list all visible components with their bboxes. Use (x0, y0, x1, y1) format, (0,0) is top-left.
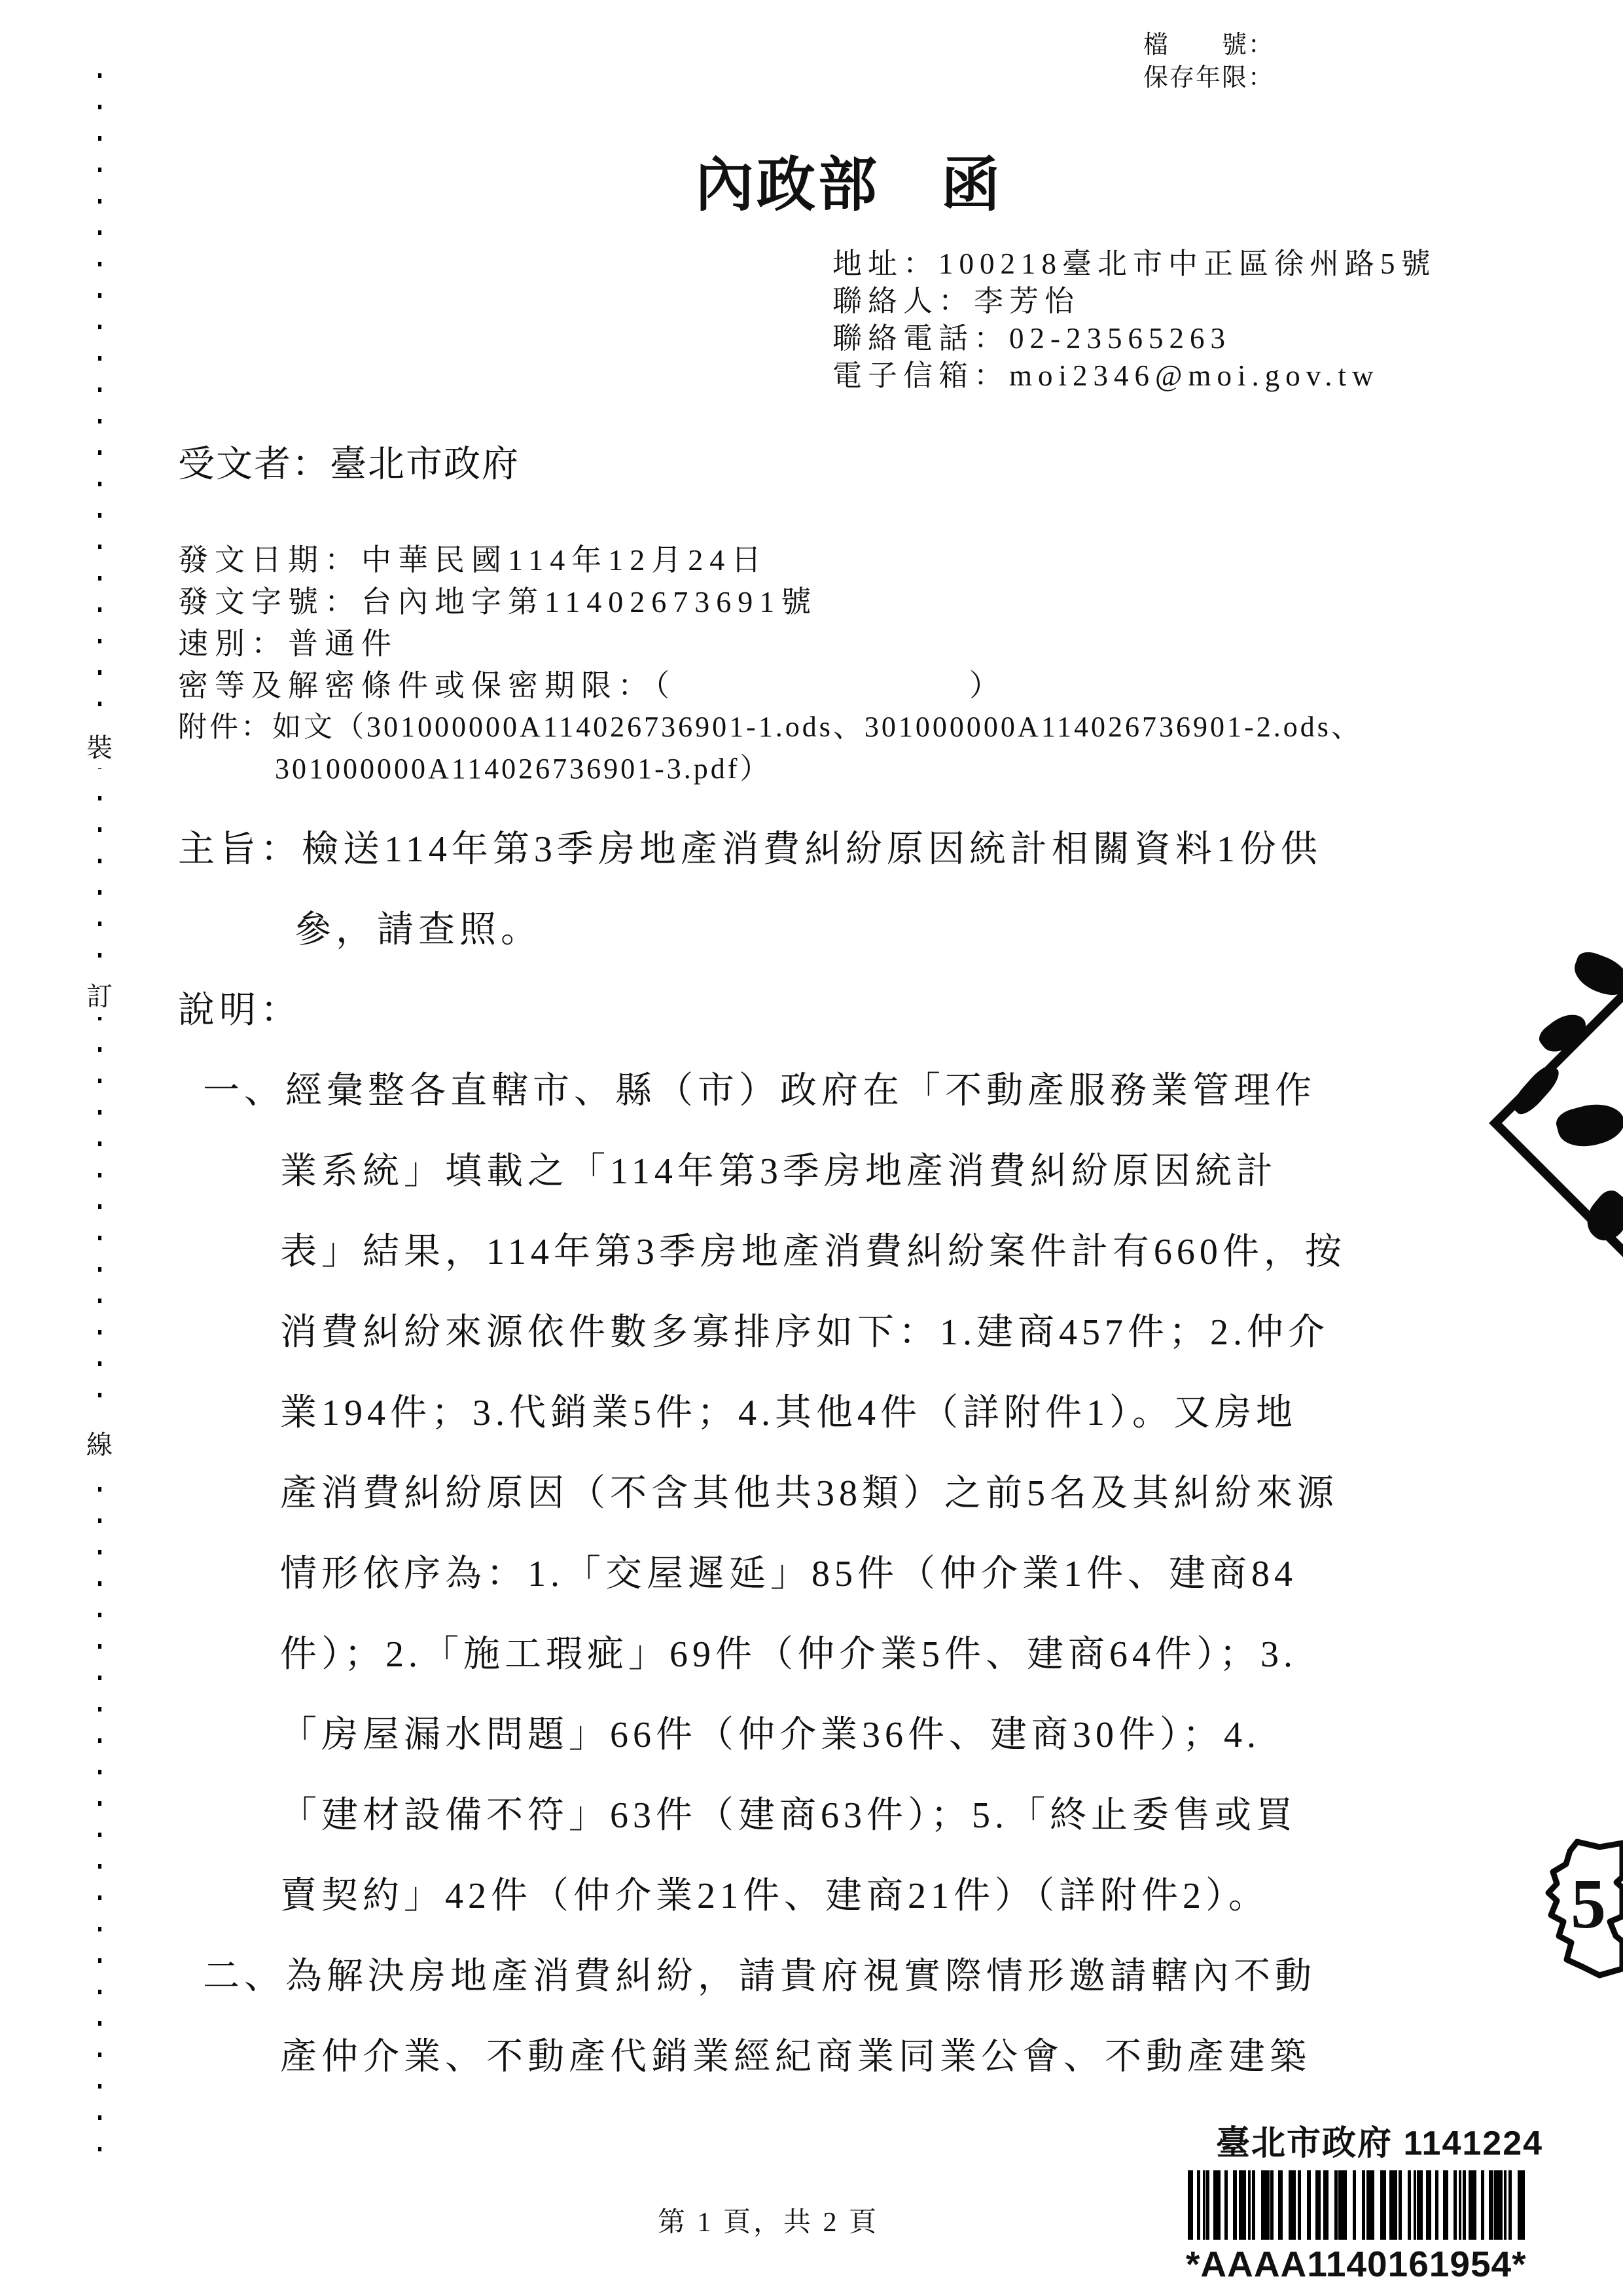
paragraph-1-line-9: 「房屋漏水問題」66件（仲介業36件、建商30件）；4. (280, 1714, 1260, 1756)
sender-email: 電子信箱：moi2346@moi.gov.tw (832, 359, 1380, 393)
binding-dotted-line (98, 73, 101, 2168)
paragraph-1-line-3: 表」結果，114年第3季房地產消費糾紛案件計有660件，按 (280, 1231, 1346, 1273)
ink-stamp-lower-number: 5 (1571, 1864, 1606, 1945)
receipt-stamp-agency: 臺北市政府 (1216, 2125, 1393, 2162)
sender-phone: 聯絡電話：02-23565263 (832, 322, 1231, 356)
subject-line-1: 主旨：檢送114年第3季房地產消費糾紛原因統計相關資料1份供 (178, 829, 1322, 870)
sender-address: 地址：100218臺北市中正區徐州路5號 (832, 247, 1436, 281)
barcode-caption: *AAAA1140161954* (1186, 2244, 1527, 2285)
paragraph-1-line-10: 「建材設備不符」63件（建商63件）；5.「終止委售或買 (280, 1795, 1297, 1837)
retention-period-label: 保存年限： (1143, 64, 1274, 93)
page-footer: 第 1 頁，共 2 頁 (658, 2207, 879, 2238)
attachment-line-1: 附件：如文（301000000A114026736901-1.ods、30100… (178, 711, 1363, 744)
scanned-official-letter-page: 檔 號： 保存年限： 內政部 函 地址：100218臺北市中正區徐州路5號 聯絡… (0, 0, 1623, 2296)
file-number-label: 檔 號： (1143, 31, 1274, 60)
ink-stamp-upper-mark (1569, 948, 1623, 1001)
recipient-line: 受文者：臺北市政府 (178, 444, 520, 486)
paragraph-1-line-1: 一、經彙整各直轄市、縣（市）政府在「不動產服務業管理作 (203, 1070, 1316, 1112)
sender-contact-person: 聯絡人：李芳怡 (832, 285, 1080, 319)
binding-mark-zhuang: 裝 (81, 723, 118, 768)
paragraph-1-line-8: 件）；2.「施工瑕疵」69件（仲介業5件、建商64件）；3. (280, 1634, 1297, 1676)
subject-line-2: 參，請查照。 (294, 909, 542, 951)
paragraph-1-line-5: 業194件；3.代銷業5件；4.其他4件（詳附件1）。又房地 (280, 1392, 1297, 1434)
paragraph-1-text-1: 經彙整各直轄市、縣（市）政府在「不動產服務業管理作 (285, 1071, 1316, 1111)
paragraph-2-text-1: 為解決房地產消費糾紛，請貴府視實際情形邀請轄內不動 (285, 1956, 1316, 1997)
paragraph-2-line-1: 二、為解決房地產消費糾紛，請貴府視實際情形邀請轄內不動 (203, 1956, 1316, 1998)
paragraph-2-marker: 二、 (203, 1956, 285, 1997)
binding-mark-ding: 訂 (81, 972, 118, 1017)
speed-line: 速別：普通件 (178, 627, 398, 662)
paragraph-1-line-2: 業系統」填載之「114年第3季房地產消費糾紛原因統計 (280, 1151, 1277, 1193)
doc-number-line: 發文字號：台內地字第11402673691號 (178, 585, 817, 620)
paragraph-1-marker: 一、 (203, 1071, 285, 1111)
security-line: 密等及解密條件或保密期限：（ ） (178, 669, 1006, 704)
binding-mark-xian: 線 (81, 1420, 118, 1465)
receipt-stamp-number: 1141224 (1403, 2125, 1543, 2162)
barcode (1188, 2170, 1525, 2240)
paragraph-1-line-6: 產消費糾紛原因（不含其他共38類）之前5名及其糾紛來源 (280, 1473, 1338, 1515)
paragraph-1-line-7: 情形依序為：1.「交屋遲延」85件（仲介業1件、建商84 (280, 1553, 1297, 1595)
paragraph-1-line-4: 消費糾紛來源依件數多寡排序如下：1.建商457件；2.仲介 (280, 1312, 1329, 1354)
explanation-label: 說明： (178, 990, 302, 1031)
document-title: 內政部 函 (695, 152, 1003, 220)
paragraph-1-line-11: 賣契約」42件（仲介業21件、建商21件）（詳附件2）。 (280, 1875, 1270, 1917)
issue-date-line: 發文日期：中華民國114年12月24日 (178, 543, 768, 578)
attachment-line-2: 301000000A114026736901-3.pdf） (275, 753, 771, 786)
receipt-stamp-text: 臺北市政府 1141224 (1216, 2125, 1543, 2164)
paragraph-2-line-2: 產仲介業、不動產代銷業經紀商業同業公會、不動產建築 (280, 2036, 1311, 2078)
